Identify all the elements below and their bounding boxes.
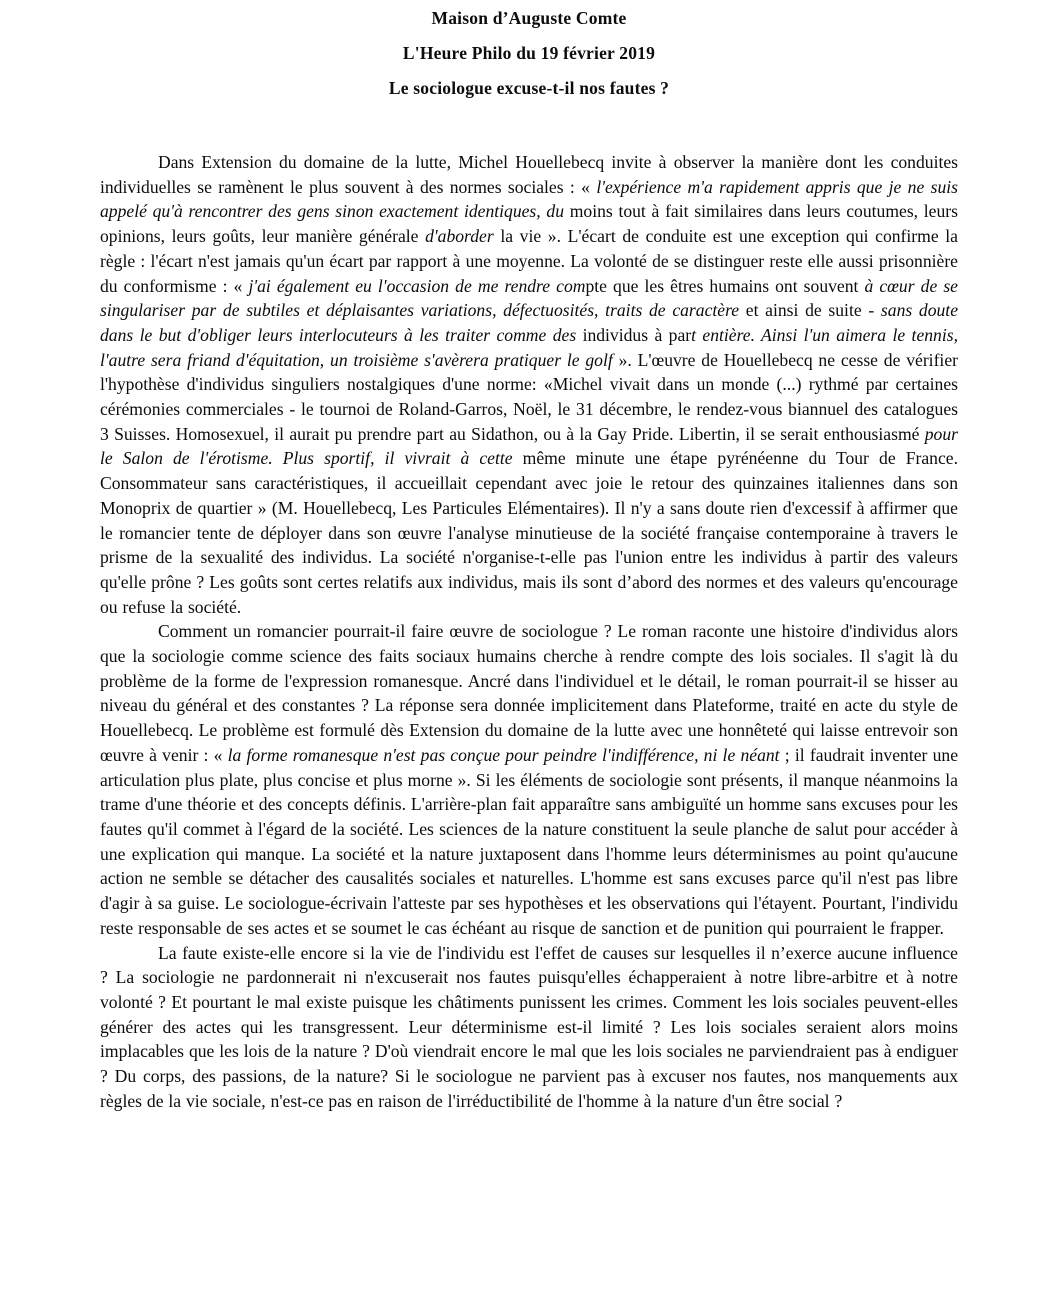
text-segment: ; il faudrait inventer une articulation … — [100, 745, 958, 938]
text-segment: la forme romanesque n'est pas conçue pou… — [228, 745, 780, 765]
header-event-date: L'Heure Philo du 19 février 2019 — [0, 43, 1058, 64]
text-segment: La faute existe-elle encore si la vie de… — [100, 943, 958, 1111]
text-segment: Comment un romancier pourrait-il faire œ… — [100, 621, 958, 765]
document-body: Dans Extension du domaine de la lutte, M… — [0, 113, 1058, 1113]
text-segment: j'ai également eu l'occasion de me rendr… — [248, 276, 585, 296]
paragraph-3: La faute existe-elle encore si la vie de… — [100, 941, 958, 1114]
header-document-title: Le sociologue excuse-t-il nos fautes ? — [0, 78, 1058, 99]
text-segment: individus à par — [583, 325, 692, 345]
text-segment: et ainsi de suite - — [746, 300, 881, 320]
text-segment: même minute une étape pyrénéenne du Tour… — [100, 448, 958, 616]
text-segment: pte que les êtres humains ont souvent — [585, 276, 864, 296]
paragraph-1: Dans Extension du domaine de la lutte, M… — [100, 150, 958, 619]
document-page: Maison d’Auguste Comte L'Heure Philo du … — [0, 0, 1058, 1300]
paragraph-2: Comment un romancier pourrait-il faire œ… — [100, 619, 958, 940]
header-institution: Maison d’Auguste Comte — [0, 8, 1058, 29]
document-header: Maison d’Auguste Comte L'Heure Philo du … — [0, 0, 1058, 99]
text-segment: d'aborder — [425, 226, 494, 246]
